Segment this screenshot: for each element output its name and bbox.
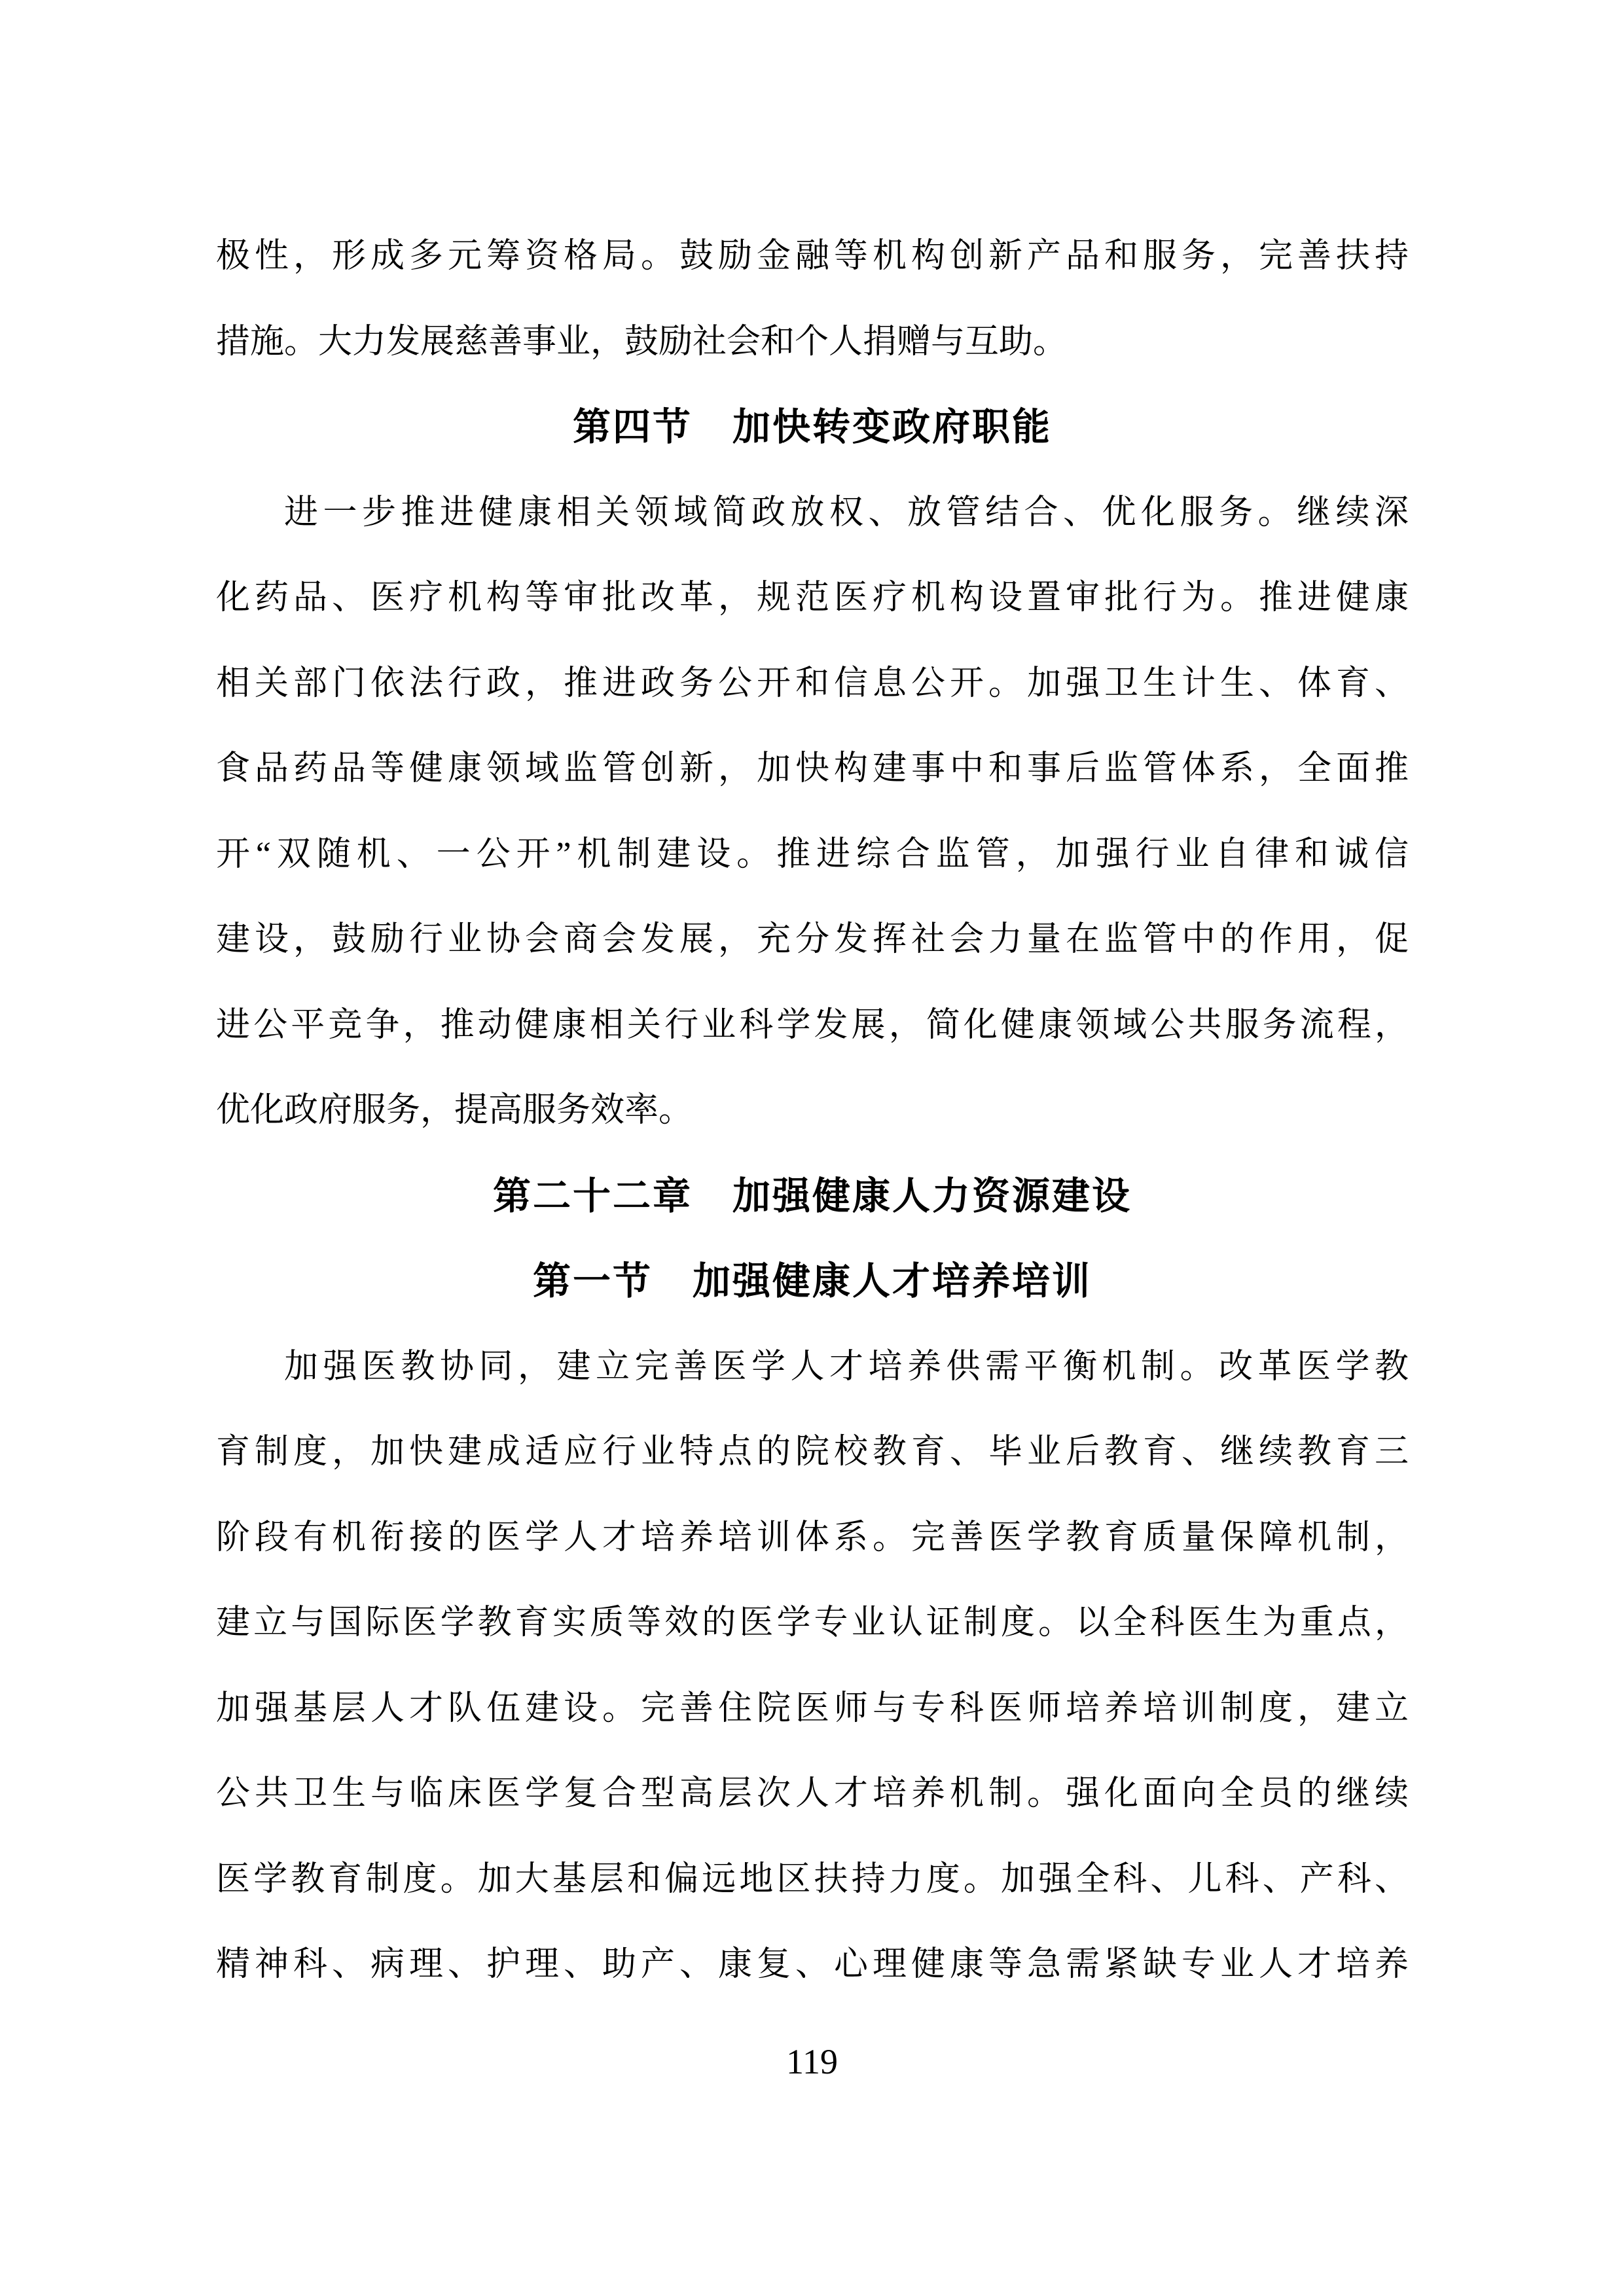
body-line: 进一步推进健康相关领域简政放权、放管结合、优化服务。继续深 xyxy=(216,471,1409,556)
body-line: 阶段有机衔接的医学人才培养培训体系。完善医学教育质量保障机制， xyxy=(216,1496,1409,1581)
body-line: 优化政府服务，提高服务效率。 xyxy=(216,1068,1409,1154)
body-line: 开“双随机、一公开”机制建设。推进综合监管，加强行业自律和诚信 xyxy=(216,812,1409,898)
body-line: 加强基层人才队伍建设。完善住院医师与专科医师培养培训制度，建立 xyxy=(216,1666,1409,1752)
text-block: 极性，形成多元筹资格局。鼓励金融等机构创新产品和服务，完善扶持 措施。大力发展慈… xyxy=(216,214,1409,2008)
body-line: 措施。大力发展慈善事业，鼓励社会和个人捐赠与互助。 xyxy=(216,300,1409,386)
section-heading: 第四节 加快转变政府职能 xyxy=(216,385,1409,471)
body-line: 公共卫生与临床医学复合型高层次人才培养机制。强化面向全员的继续 xyxy=(216,1751,1409,1837)
body-line: 极性，形成多元筹资格局。鼓励金融等机构创新产品和服务，完善扶持 xyxy=(216,214,1409,300)
body-line: 建立与国际医学教育实质等效的医学专业认证制度。以全科医生为重点， xyxy=(216,1581,1409,1666)
body-line: 加强医教协同，建立完善医学人才培养供需平衡机制。改革医学教 xyxy=(216,1325,1409,1410)
body-line: 进公平竞争，推动健康相关行业科学发展，简化健康领域公共服务流程， xyxy=(216,983,1409,1069)
body-line: 医学教育制度。加大基层和偏远地区扶持力度。加强全科、儿科、产科、 xyxy=(216,1837,1409,1923)
body-line: 建设，鼓励行业协会商会发展，充分发挥社会力量在监管中的作用，促 xyxy=(216,897,1409,983)
body-line: 化药品、医疗机构等审批改革，规范医疗机构设置审批行为。推进健康 xyxy=(216,556,1409,641)
section-heading: 第一节 加强健康人才培养培训 xyxy=(216,1239,1409,1325)
body-line: 育制度，加快建成适应行业特点的院校教育、毕业后教育、继续教育三 xyxy=(216,1410,1409,1496)
document-page: 极性，形成多元筹资格局。鼓励金融等机构创新产品和服务，完善扶持 措施。大力发展慈… xyxy=(0,0,1624,2296)
body-line: 相关部门依法行政，推进政务公开和信息公开。加强卫生计生、体育、 xyxy=(216,641,1409,727)
page-number: 119 xyxy=(0,2019,1624,2104)
body-line: 食品药品等健康领域监管创新，加快构建事中和事后监管体系，全面推 xyxy=(216,726,1409,812)
body-line: 精神科、病理、护理、助产、康复、心理健康等急需紧缺专业人才培养 xyxy=(216,1922,1409,2008)
chapter-heading: 第二十二章 加强健康人力资源建设 xyxy=(216,1154,1409,1240)
